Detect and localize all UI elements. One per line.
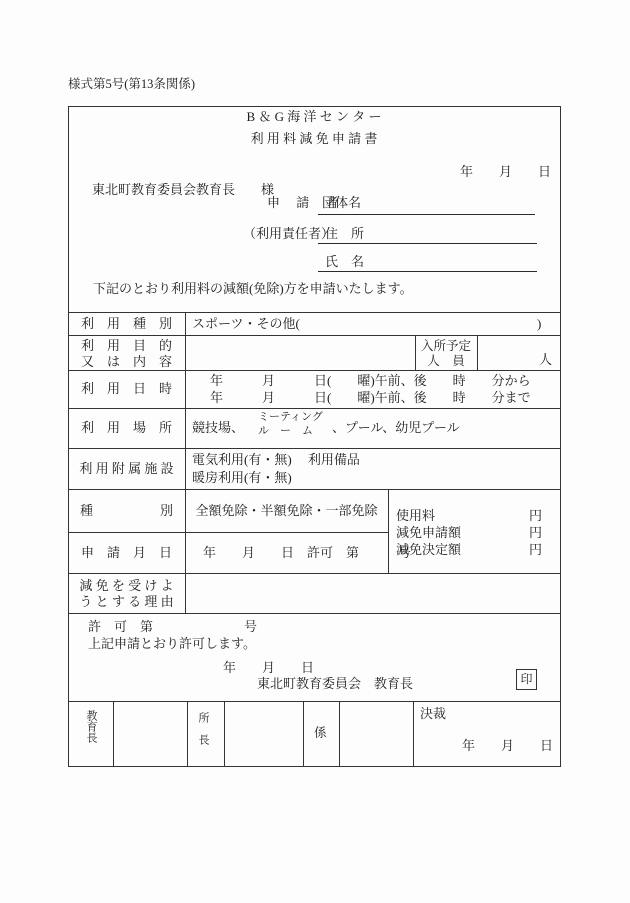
grid-line	[413, 701, 414, 766]
row-kind-label-right: 別	[160, 503, 173, 519]
row-datetime-to: 年 月 日( 曜)午前、後 時 分まで	[210, 390, 531, 406]
grid-line	[113, 701, 114, 766]
form-number: 様式第5号(第13条関係)	[68, 77, 195, 92]
row-facility-heating: 暖房利用(有・無)	[192, 470, 292, 486]
group-name-line	[318, 214, 535, 215]
approval-decision-date: 年 月 日	[462, 738, 553, 754]
grid-line	[68, 370, 560, 371]
permit-date: 年 月 日	[223, 660, 314, 676]
row-datetime-from: 年 月 日( 曜)午前、後 時 分から	[210, 373, 531, 389]
permit-issuer: 東北町教育委員会 教育長	[257, 676, 413, 692]
group-name-label: 団体名	[322, 195, 361, 211]
fee-decided-row: 減免決定額 円	[396, 542, 542, 558]
row-usage-type-label: 利 用 種 別	[68, 316, 185, 332]
grid-line	[185, 312, 186, 613]
expected-persons-label-1: 入所予定	[415, 339, 477, 354]
grid-line	[68, 312, 560, 313]
row-kind-label-left: 種	[80, 503, 93, 519]
grid-line	[68, 701, 560, 702]
fee-usage-row: 使用料 円	[396, 508, 542, 524]
grid-line	[68, 489, 560, 490]
approval-decision-label: 決裁	[420, 706, 446, 722]
row-place-meeting-line1: ミーティング	[258, 411, 323, 424]
grid-line	[68, 448, 560, 449]
row-place-post: 、プール、幼児プール	[332, 420, 460, 436]
fee-usage-unit: 円	[529, 508, 542, 524]
row-facility-electric: 電気利用(有・無) 利用備品	[192, 452, 360, 468]
fee-usage-label: 使用料	[396, 508, 435, 524]
approval-superintendent-label: 教育長	[84, 710, 97, 743]
declaration-text: 下記のとおり利用料の減額(免除)方を申請いたします。	[93, 281, 413, 297]
fee-decided-unit: 円	[529, 542, 542, 558]
row-reason-label-2: う と す る 理 由	[68, 594, 185, 610]
scanned-form-page: 様式第5号(第13条関係) B ＆ G 海 洋 セ ン タ ー 利 用 料 減 …	[0, 0, 630, 903]
name-line	[318, 271, 537, 272]
row-reason-label-1: 減 免 を 受 け よ	[68, 578, 185, 594]
address-line	[318, 243, 537, 244]
address-label: 住 所	[325, 226, 364, 242]
permit-statement: 上記申請とおり許可します。	[88, 636, 256, 652]
fee-applied-unit: 円	[529, 525, 542, 541]
row-place-label: 利 用 場 所	[68, 420, 185, 436]
application-date: 年 月 日	[460, 164, 551, 180]
grid-line	[68, 532, 388, 533]
permit-number-line: 許 可 第 号	[88, 619, 257, 635]
row-application-date-label: 申 請 月 日	[68, 545, 185, 561]
row-application-date-value: 年 月 日 許可 第 号	[203, 545, 411, 561]
seal-box: 印	[516, 669, 537, 690]
row-place-meeting-line2: ル ー ム	[258, 425, 313, 438]
responsible-label: （利用責任者）	[243, 226, 334, 242]
row-purpose-label-2: 又 は 内 容	[68, 354, 185, 370]
row-facility-label: 利 用 附 属 施 設	[68, 461, 185, 477]
fee-applied-row: 減免申請額 円	[396, 525, 542, 541]
grid-line	[68, 573, 560, 574]
grid-line	[339, 701, 340, 766]
grid-line	[224, 701, 225, 766]
approval-staff-label: 係	[314, 726, 327, 741]
row-kind-options: 全額免除・半額免除・一部免除	[185, 503, 388, 519]
row-datetime-label: 利 用 日 時	[68, 381, 185, 397]
grid-line	[68, 335, 560, 336]
grid-line	[68, 408, 560, 409]
row-purpose-label-1: 利 用 目 的	[68, 338, 185, 354]
form-title-line1: B ＆ G 海 洋 セ ン タ ー	[68, 109, 560, 125]
grid-line	[303, 701, 304, 766]
name-label: 氏 名	[325, 254, 364, 270]
addressee: 東北町教育委員会教育長 様	[92, 182, 274, 198]
persons-unit: 人	[477, 352, 552, 368]
approval-director-label: 所長	[196, 712, 209, 756]
expected-persons-label-2: 人 員	[415, 354, 477, 369]
grid-line	[187, 701, 188, 766]
fee-applied-label: 減免申請額	[396, 525, 461, 541]
row-place-pre: 競技場、	[192, 420, 244, 436]
grid-line	[68, 613, 560, 614]
row-usage-type-close-paren: )	[537, 316, 541, 332]
row-kind-label: 種 別	[68, 503, 185, 519]
row-usage-type-value: スポーツ・その他(	[192, 316, 300, 332]
form-title-line2: 利 用 料 減 免 申 請 書	[68, 131, 560, 147]
